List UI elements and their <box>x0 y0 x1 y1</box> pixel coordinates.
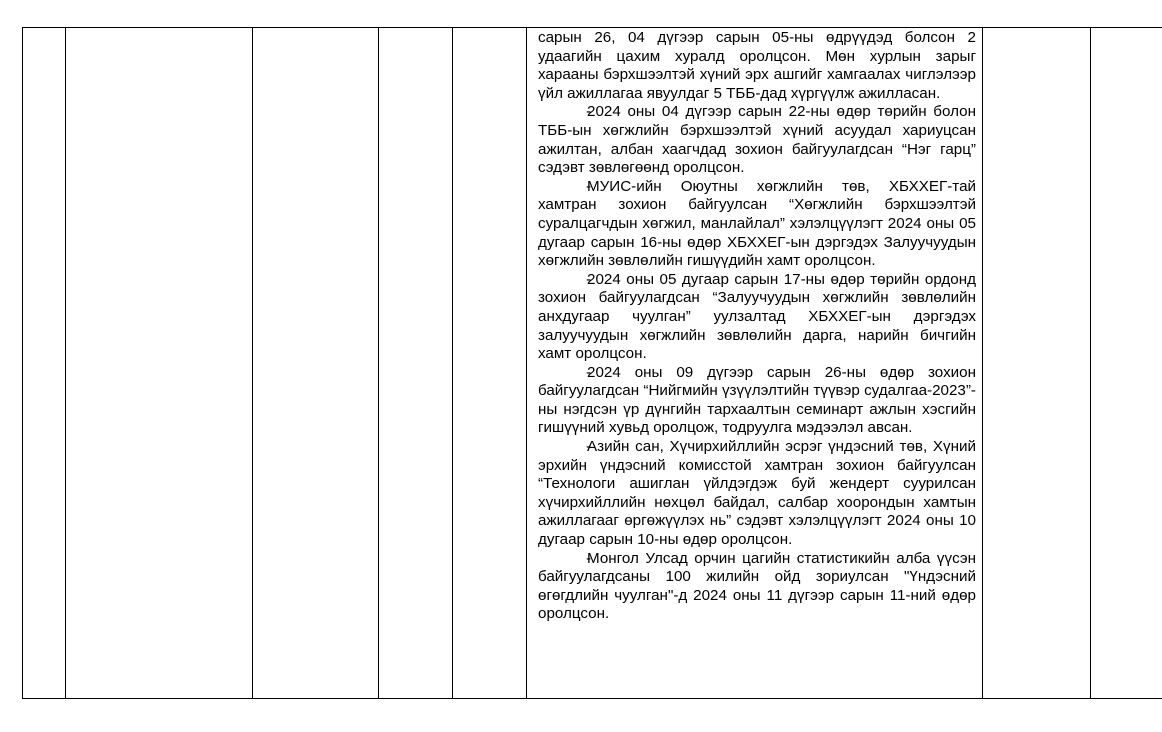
paragraph-text: Монгол Улсад орчин цагийн статистикийн а… <box>538 550 976 623</box>
bullet-paragraph: -Монгол Улсад орчин цагийн статистикийн … <box>538 550 976 624</box>
cell-col-5 <box>453 28 527 699</box>
bullet-paragraph: -2024 оны 05 дугаар сарын 17-ны өдөр төр… <box>538 271 976 364</box>
cell-col-7 <box>983 28 1091 699</box>
paragraph-text: 2024 оны 05 дугаар сарын 17-ны өдөр төри… <box>538 271 976 362</box>
cell-col-1 <box>23 28 66 699</box>
paragraph-text: Азийн сан, Хүчирхийллийн эсрэг үндэсний … <box>538 438 976 548</box>
bullet-marker: - <box>562 103 587 122</box>
paragraph: сарын 26, 04 дүгээр сарын 05-ны өдрүүдэд… <box>538 29 976 103</box>
cell-activities-description: сарын 26, 04 дүгээр сарын 05-ны өдрүүдэд… <box>527 28 983 699</box>
cell-col-8 <box>1091 28 1162 699</box>
bullet-paragraph: -Азийн сан, Хүчирхийллийн эсрэг үндэсний… <box>538 438 976 550</box>
document-table: сарын 26, 04 дүгээр сарын 05-ны өдрүүдэд… <box>22 27 1162 699</box>
bullet-paragraph: -2024 оны 09 дүгээр сарын 26-ны өдөр зох… <box>538 364 976 438</box>
bullet-marker: - <box>562 364 587 383</box>
paragraph-text: 2024 оны 09 дүгээр сарын 26-ны өдөр зохи… <box>538 364 976 437</box>
cell-col-3 <box>253 28 379 699</box>
bullet-marker: - <box>562 178 587 197</box>
bullet-paragraph: -МУИС-ийн Оюутны хөгжлийн төв, ХБХХЕГ-та… <box>538 178 976 271</box>
bullet-marker: - <box>562 550 587 569</box>
bullet-paragraph: -2024 оны 04 дүгээр сарын 22-ны өдөр төр… <box>538 103 976 177</box>
paragraph-text: МУИС-ийн Оюутны хөгжлийн төв, ХБХХЕГ-тай… <box>538 178 976 269</box>
cell-col-4 <box>379 28 453 699</box>
table-row: сарын 26, 04 дүгээр сарын 05-ны өдрүүдэд… <box>23 28 1162 699</box>
cell-col-2 <box>66 28 253 699</box>
bullet-marker: - <box>562 438 587 457</box>
bullet-marker: - <box>562 271 587 290</box>
paragraph-text: 2024 оны 04 дүгээр сарын 22-ны өдөр төри… <box>538 103 976 176</box>
